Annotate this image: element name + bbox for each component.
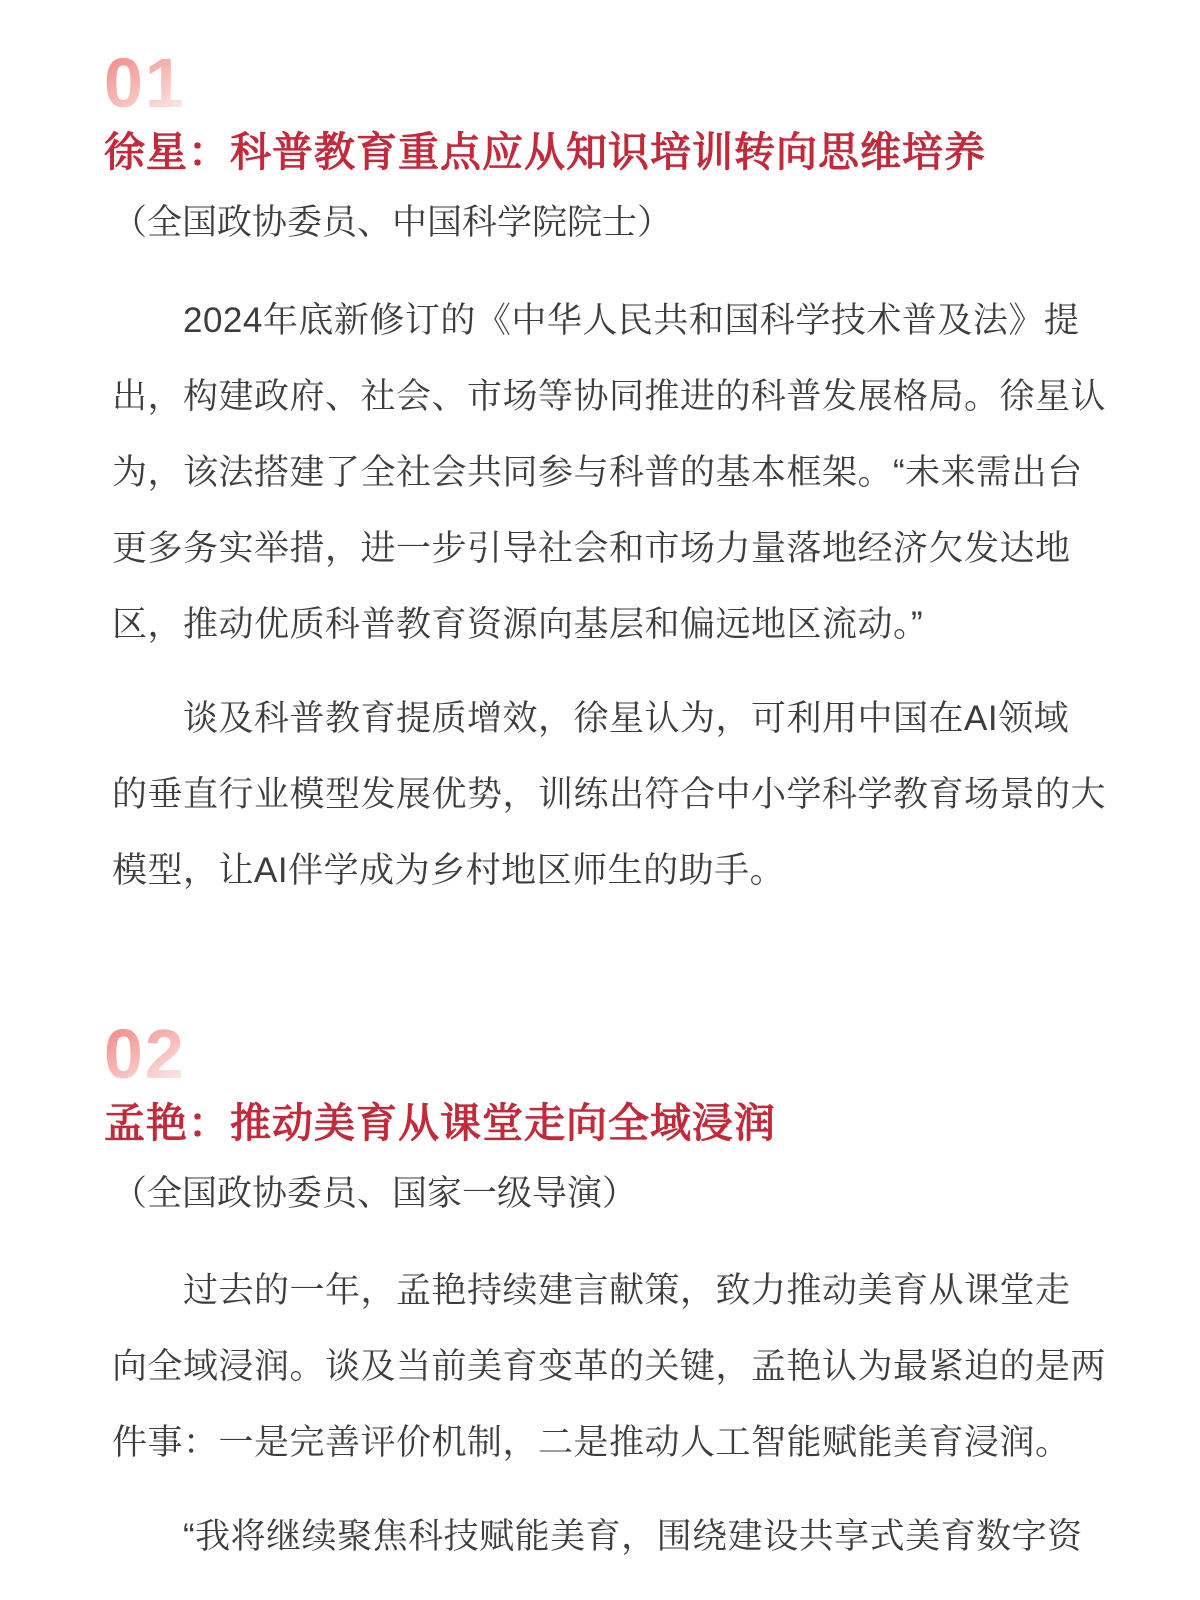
section-02-number: 02 [104, 1019, 186, 1089]
section-02: 02 孟艳：推动美育从课堂走向全域浸润 （全国政协委员、国家一级导演） 过去的一… [0, 1019, 1200, 1576]
section-01-paragraph-2: 谈及科普教育提质增效，徐星认为，可利用中国在AI领域 的垂直行业模型发展优势，训… [112, 681, 1112, 909]
section-01-heading: 徐星：科普教育重点应从知识培训转向思维培养 [104, 126, 1112, 179]
section-01-subtitle: （全国政协委员、中国科学院院士） [112, 199, 1112, 246]
section-02-heading: 孟艳：推动美育从课堂走向全域浸润 [104, 1097, 1112, 1150]
section-02-paragraph-2: “我将继续聚焦科技赋能美育，围绕建设共享式美育数字资 [112, 1499, 1112, 1575]
article-page: 01 徐星：科普教育重点应从知识培训转向思维培养 （全国政协委员、中国科学院院士… [0, 0, 1200, 1575]
section-01: 01 徐星：科普教育重点应从知识培训转向思维培养 （全国政协委员、中国科学院院士… [0, 0, 1200, 909]
section-01-paragraph-1: 2024年底新修订的《中华人民共和国科学技术普及法》提 出，构建政府、社会、市场… [112, 283, 1112, 663]
section-01-number: 01 [104, 48, 186, 118]
section-02-subtitle: （全国政协委员、国家一级导演） [112, 1170, 1112, 1217]
section-02-paragraph-1: 过去的一年，孟艳持续建言献策，致力推动美育从课堂走 向全域浸润。谈及当前美育变革… [112, 1253, 1112, 1481]
